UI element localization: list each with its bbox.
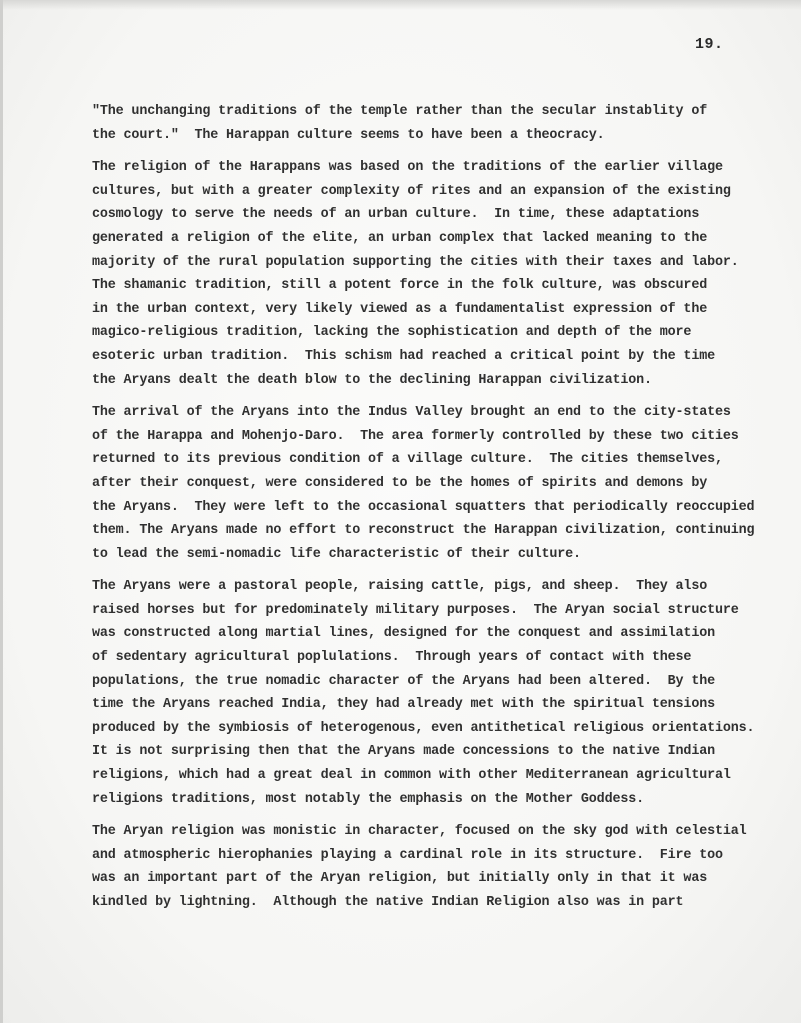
text-line: the court." The Harappan culture seems t…	[92, 124, 782, 148]
text-line: The Aryans were a pastoral people, raisi…	[92, 575, 782, 599]
text-line: kindled by lightning. Although the nativ…	[92, 891, 782, 915]
text-line: to lead the semi-nomadic life characteri…	[92, 543, 782, 567]
text-line: religions traditions, most notably the e…	[92, 788, 782, 812]
text-line: produced by the symbiosis of heterogenou…	[92, 717, 782, 741]
text-line: them. The Aryans made no effort to recon…	[92, 519, 782, 543]
text-line: was an important part of the Aryan relig…	[92, 867, 782, 891]
text-line: after their conquest, were considered to…	[92, 472, 782, 496]
paragraph-1: "The unchanging traditions of the temple…	[92, 100, 782, 147]
text-line: was constructed along martial lines, des…	[92, 622, 782, 646]
text-line: and atmospheric hierophanies playing a c…	[92, 844, 782, 868]
paragraph-2: The religion of the Harappans was based …	[92, 156, 782, 392]
paragraph-5: The Aryan religion was monistic in chara…	[92, 820, 782, 914]
text-line: of the Harappa and Mohenjo-Daro. The are…	[92, 425, 782, 449]
text-line: It is not surprising then that the Aryan…	[92, 740, 782, 764]
text-line: religions, which had a great deal in com…	[92, 764, 782, 788]
text-line: The Aryan religion was monistic in chara…	[92, 820, 782, 844]
page-number: 19.	[695, 36, 724, 53]
text-line: generated a religion of the elite, an ur…	[92, 227, 782, 251]
text-line: The religion of the Harappans was based …	[92, 156, 782, 180]
text-line: esoteric urban tradition. This schism ha…	[92, 345, 782, 369]
typewritten-page: 19. "The unchanging traditions of the te…	[0, 0, 801, 1023]
text-line: raised horses but for predominately mili…	[92, 599, 782, 623]
scan-left-edge	[0, 0, 3, 1023]
text-line: cosmology to serve the needs of an urban…	[92, 203, 782, 227]
scan-top-shadow	[0, 0, 801, 10]
body-text: "The unchanging traditions of the temple…	[92, 100, 782, 924]
text-line: The arrival of the Aryans into the Indus…	[92, 401, 782, 425]
paragraph-3: The arrival of the Aryans into the Indus…	[92, 401, 782, 566]
text-line: cultures, but with a greater complexity …	[92, 180, 782, 204]
text-line: populations, the true nomadic character …	[92, 670, 782, 694]
paragraph-4: The Aryans were a pastoral people, raisi…	[92, 575, 782, 811]
text-line: magico-religious tradition, lacking the …	[92, 321, 782, 345]
text-line: the Aryans. They were left to the occasi…	[92, 496, 782, 520]
text-line: "The unchanging traditions of the temple…	[92, 100, 782, 124]
text-line: in the urban context, very likely viewed…	[92, 298, 782, 322]
text-line: of sedentary agricultural poplulations. …	[92, 646, 782, 670]
text-line: the Aryans dealt the death blow to the d…	[92, 369, 782, 393]
text-line: returned to its previous condition of a …	[92, 448, 782, 472]
text-line: majority of the rural population support…	[92, 251, 782, 275]
text-line: time the Aryans reached India, they had …	[92, 693, 782, 717]
text-line: The shamanic tradition, still a potent f…	[92, 274, 782, 298]
